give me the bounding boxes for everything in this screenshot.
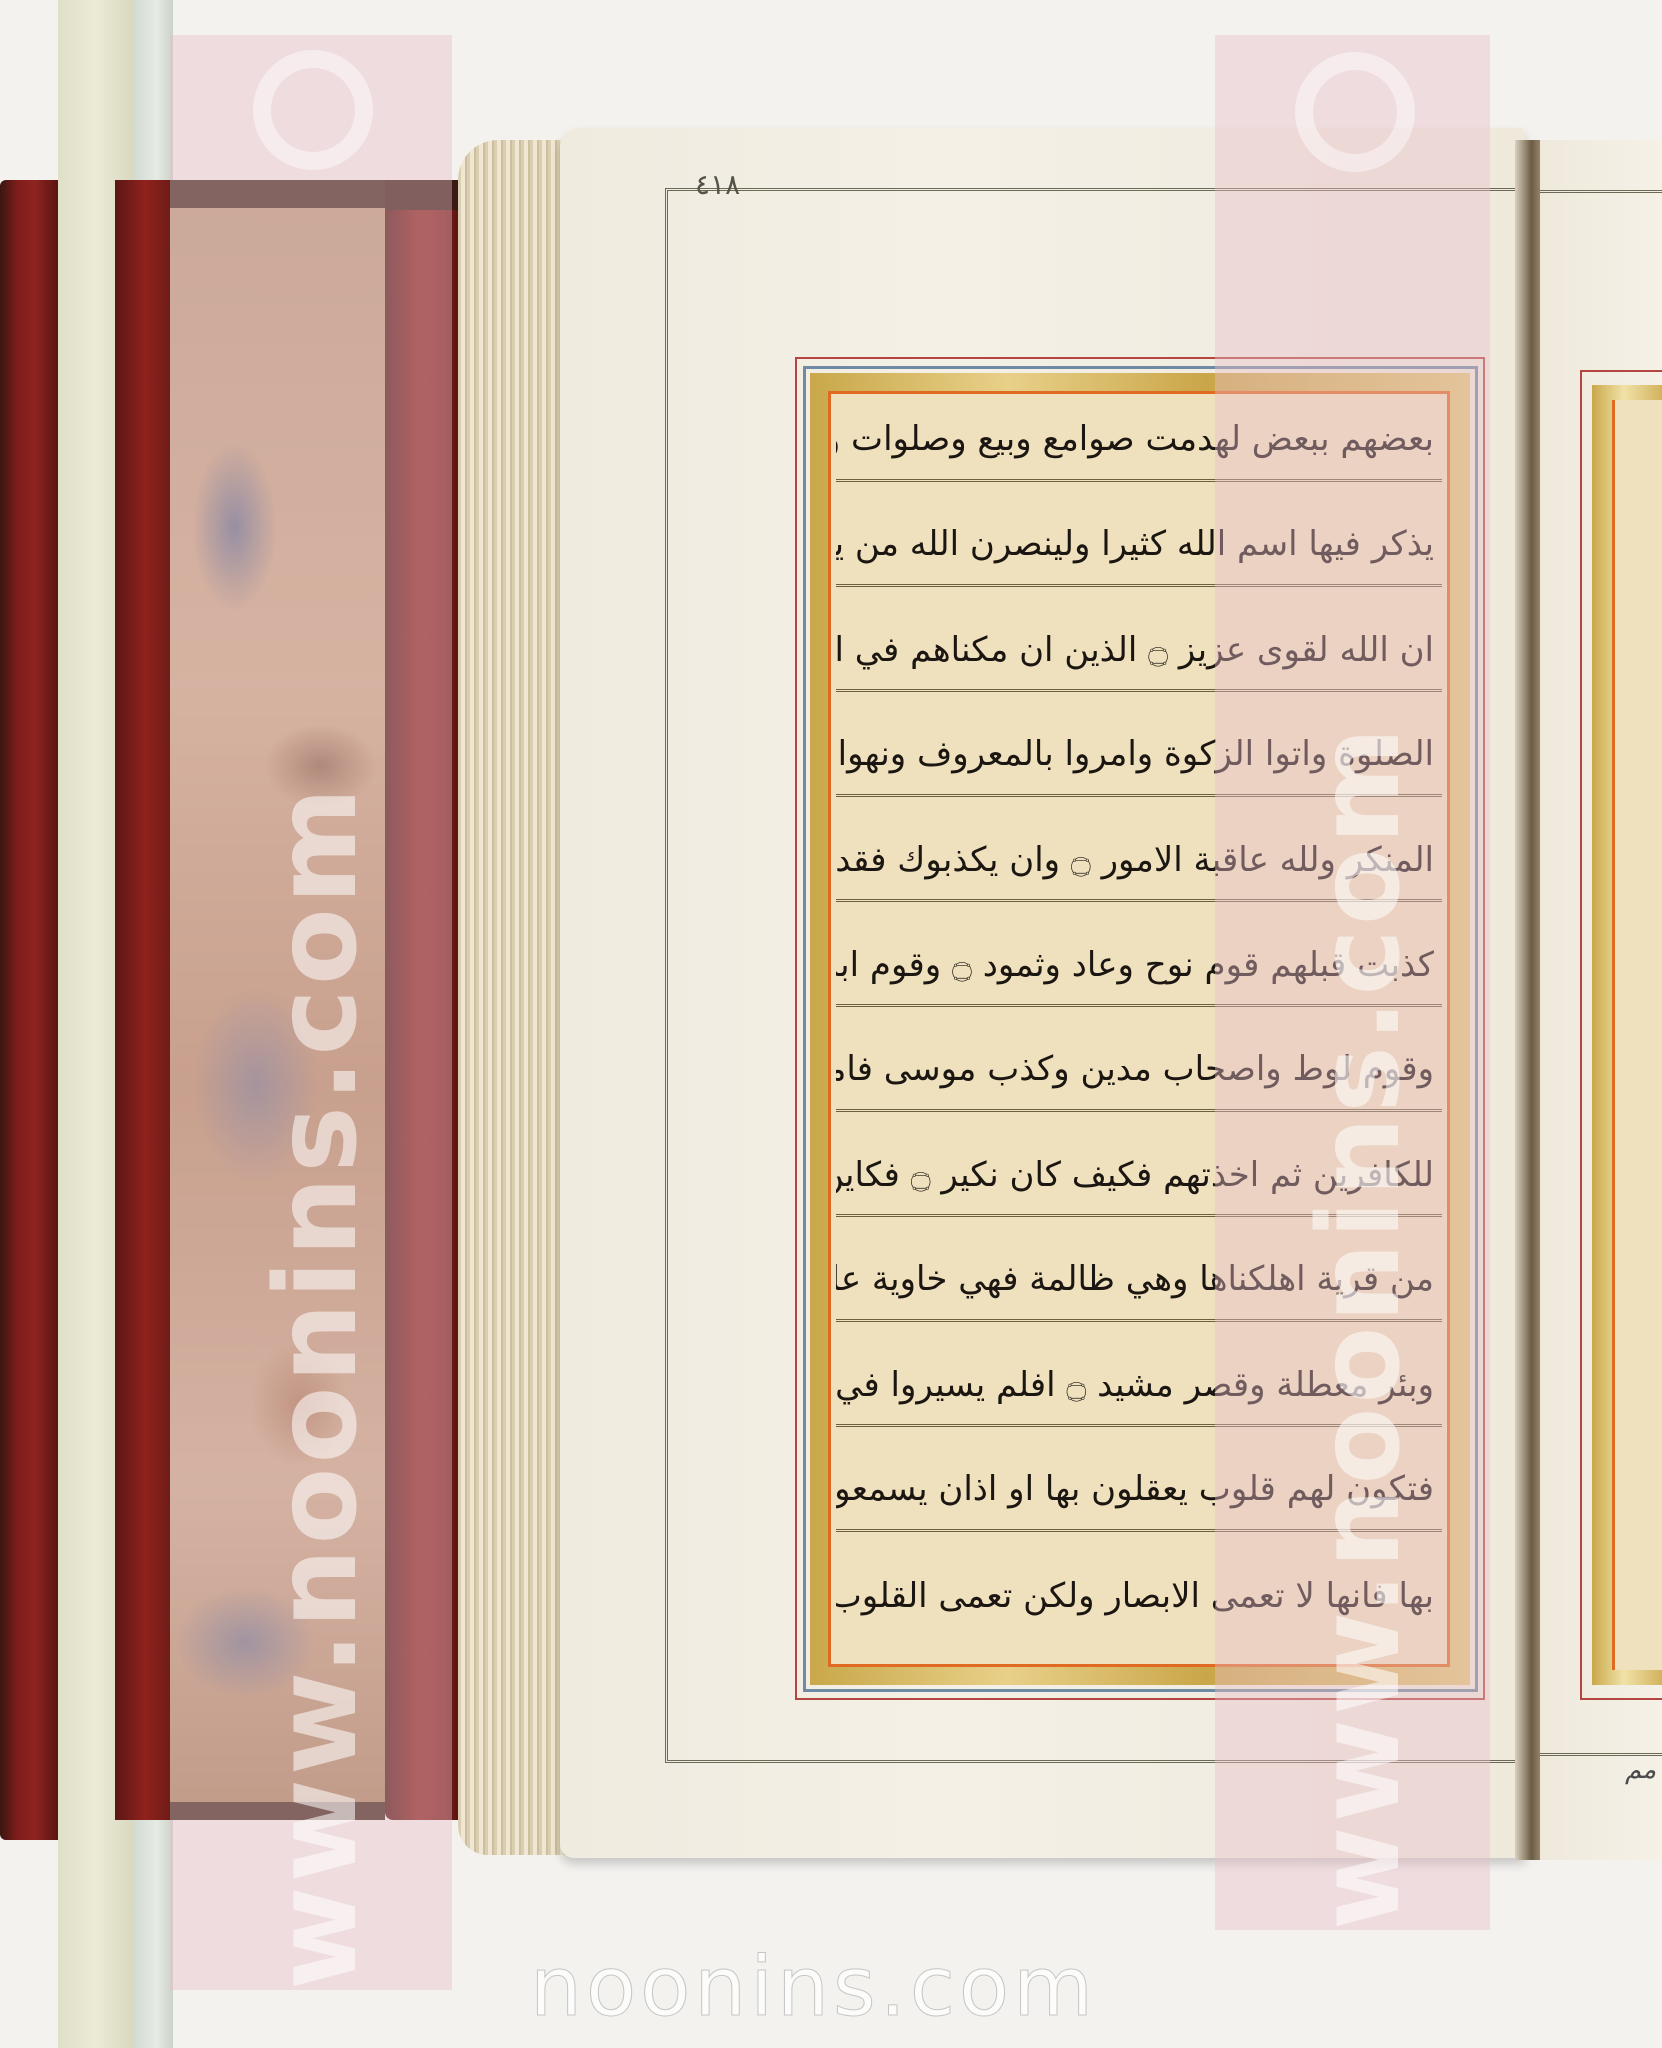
recto-text-panel <box>1612 400 1662 1670</box>
margin-annotation: مم <box>1625 1755 1656 1785</box>
watermark-url-bottom: noonins.com <box>530 1940 1097 2035</box>
noon-logo-icon <box>1295 52 1415 172</box>
left-book-cover-edge <box>0 180 58 1840</box>
folio-number: ٤١٨ <box>695 168 740 201</box>
red-leather-cover-left <box>115 180 175 1820</box>
watermark-url-vertical-right: www.noonins.com <box>1295 723 1425 1930</box>
watermark-url-vertical-left: www.noonins.com <box>252 783 382 1990</box>
noon-logo-icon <box>253 50 373 170</box>
